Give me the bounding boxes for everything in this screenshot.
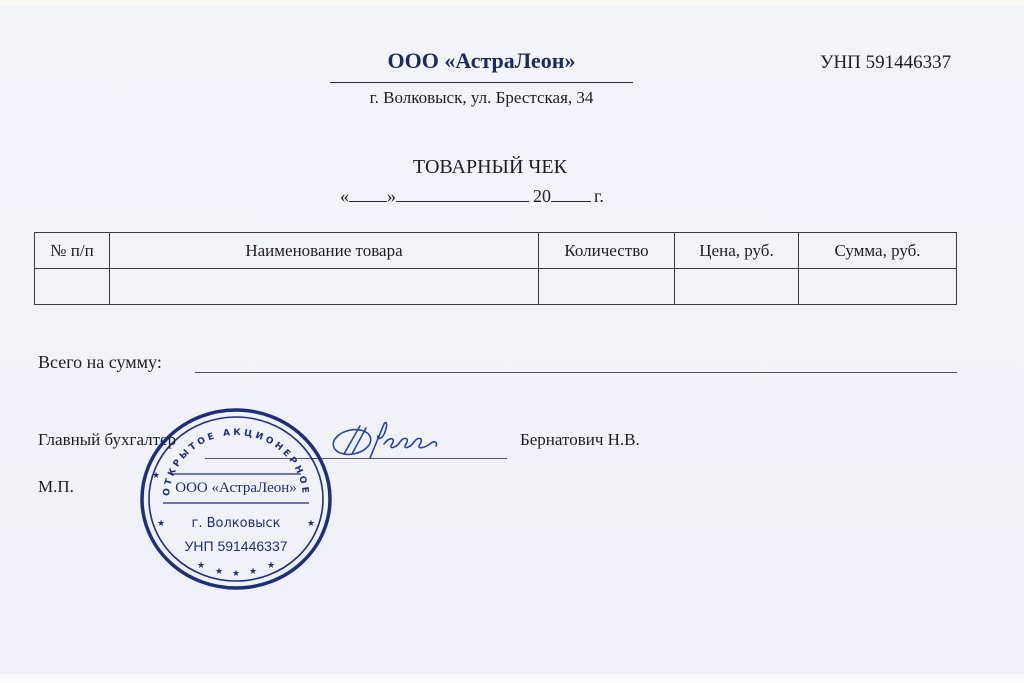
company-unp: УНП 591446337: [820, 52, 951, 74]
stamp-star-icon: ★: [249, 567, 257, 577]
company-name: ООО «АстраЛеон»: [330, 48, 633, 74]
col-product-name: Наименование товара: [110, 233, 539, 269]
paper-edge-bottom: [0, 674, 1024, 683]
stamp-city: г. Волковыск: [191, 516, 280, 531]
total-label: Всего на сумму:: [38, 352, 162, 373]
year-prefix: 20: [533, 186, 551, 206]
col-price: Цена, руб.: [675, 233, 799, 269]
stamp-star-icon: ★: [157, 519, 165, 529]
date-line: «»20г.: [340, 186, 604, 207]
stamp-star-icon: ★: [267, 561, 275, 571]
table-header-row: № п/п Наименование товара Количество Цен…: [35, 233, 957, 269]
company-address: г. Волковыск, ул. Брестская, 34: [330, 88, 633, 108]
stamp-star-icon: ★: [197, 561, 205, 571]
month-field[interactable]: [396, 187, 529, 202]
cell-product-name[interactable]: [110, 269, 539, 305]
stamp-company: ООО «АстраЛеон»: [175, 480, 297, 496]
stamp-star-icon: ★: [232, 569, 240, 579]
stamp-star-icon: ★: [215, 567, 223, 577]
seal-place-label: М.П.: [38, 477, 74, 497]
cell-number[interactable]: [35, 269, 110, 305]
signature-icon: [330, 418, 460, 466]
date-open-quote: «: [340, 186, 349, 206]
cell-quantity[interactable]: [539, 269, 675, 305]
total-amount-field[interactable]: [195, 372, 957, 373]
document-title: ТОВАРНЫЙ ЧЕК: [330, 156, 650, 179]
col-quantity: Количество: [539, 233, 675, 269]
cell-price[interactable]: [675, 269, 799, 305]
goods-table: № п/п Наименование товара Количество Цен…: [34, 232, 957, 305]
year-suffix: г.: [594, 186, 604, 206]
col-sum: Сумма, руб.: [799, 233, 957, 269]
year-field[interactable]: [551, 187, 591, 202]
chief-accountant-name: Бернатович Н.В.: [520, 430, 640, 450]
cell-sum[interactable]: [799, 269, 957, 305]
col-number: № п/п: [35, 233, 110, 269]
company-stamp-icon: • ОТКРЫТОЕ АКЦИОНЕРНОЕ • ООО «АстраЛеон»…: [139, 406, 333, 592]
stamp-unp: УНП 591446337: [184, 538, 287, 554]
day-field[interactable]: [349, 187, 387, 202]
date-close-quote: »: [387, 186, 396, 206]
table-row: [35, 269, 957, 305]
stamp-star-icon: ★: [307, 519, 315, 529]
stamp-star-icon: ★: [152, 471, 160, 481]
company-divider: [330, 82, 633, 83]
